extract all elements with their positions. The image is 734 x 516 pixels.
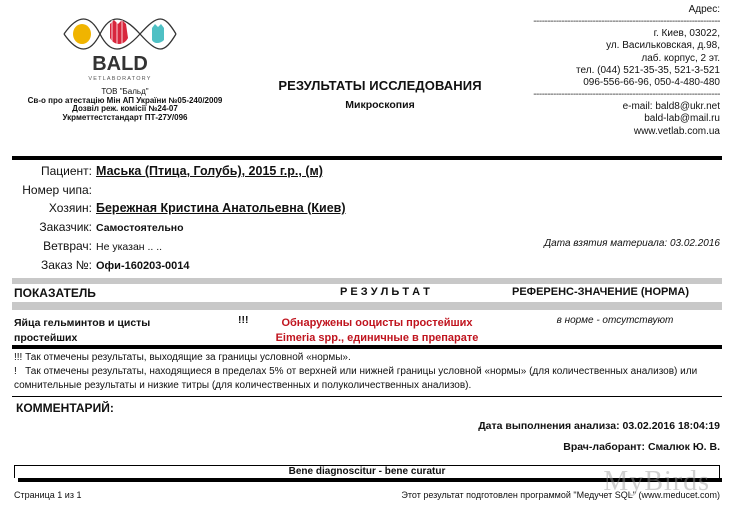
report-title: РЕЗУЛЬТАТЫ ИССЛЕДОВАНИЯ Микроскопия <box>250 78 510 111</box>
table-header-bar-bottom <box>12 302 722 310</box>
address-line: лаб. корпус, 2 эт. <box>520 53 720 65</box>
header-indicator: ПОКАЗАТЕЛЬ <box>14 286 96 300</box>
phone-line: тел. (044) 521-35-35, 521-3-521 <box>520 65 720 77</box>
lab-standard: Укрметтестстандарт ПТ-27У/096 <box>0 114 250 123</box>
patient-field: Пациент: Маська (Птица, Голубь), 2015 г.… <box>96 164 323 178</box>
phone-line: 096-556-66-96, 050-4-480-480 <box>520 77 720 89</box>
lab-info: ТОВ "Бальд" Св-о про атестацію Мін АП Ук… <box>0 88 250 122</box>
email-line: bald-lab@mail.ru <box>520 113 720 125</box>
date-taken: Дата взятия материала: 03.02.2016 <box>544 238 720 249</box>
page-number: Страница 1 из 1 <box>14 490 81 500</box>
svg-text:VETLABORATORY: VETLABORATORY <box>88 76 151 82</box>
legend-notes: !!! Так отмечены результаты, выходящие з… <box>14 351 720 393</box>
comment-divider <box>12 396 722 397</box>
owner-value: Бережная Кристина Анатольевна (Киев) <box>96 201 346 215</box>
table-bottom-divider <box>12 345 722 349</box>
header-divider <box>12 156 722 160</box>
table-row-reference: в норме - отсутствуют <box>520 315 710 326</box>
table-row-flag: !!! <box>238 314 249 326</box>
table-header-bar-top <box>12 278 722 284</box>
website-line: www.vetlab.com.ua <box>520 126 720 138</box>
order-value: Офи-160203-0014 <box>96 260 189 272</box>
email-line: e-mail: bald8@ukr.net <box>520 101 720 113</box>
address-label: Адрес: <box>520 4 720 16</box>
address-block: Адрес: ---------------------------------… <box>520 4 720 138</box>
divider: ----------------------------------------… <box>520 16 720 28</box>
order-field: Заказ №: Офи-160203-0014 <box>96 258 189 272</box>
owner-field: Хозяин: Бережная Кристина Анатольевна (К… <box>96 201 346 215</box>
vet-field: Ветврач: Не указан .. .. <box>96 239 162 253</box>
customer-field: Заказчик: Самостоятельно <box>96 220 184 234</box>
lab-doctor: Врач-лаборант: Смалюк Ю. В. <box>563 441 720 453</box>
analysis-date: Дата выполнения анализа: 03.02.2016 18:0… <box>478 420 720 432</box>
address-line: г. Киев, 03022, <box>520 28 720 40</box>
svg-text:BALD: BALD <box>92 53 148 75</box>
table-row-result: Обнаружены ооцисты простейших Eimeria sp… <box>262 316 492 346</box>
table-row-indicator: Яйца гельминтов и цисты простейших <box>14 316 150 346</box>
bald-logo: BALD VETLABORATORY <box>60 12 180 82</box>
note-critical: !!! Так отмечены результаты, выходящие з… <box>14 351 720 365</box>
divider: ----------------------------------------… <box>520 89 720 101</box>
patient-value: Маська (Птица, Голубь), 2015 г.р., (м) <box>96 164 323 178</box>
customer-value: Самостоятельно <box>96 222 184 234</box>
address-line: ул. Васильковская, д.98, <box>520 40 720 52</box>
header-reference: РЕФЕРЕНС-ЗНАЧЕНИЕ (НОРМА) <box>512 286 689 298</box>
header-result: Р Е З У Л Ь Т А Т <box>340 286 430 298</box>
report-title-main: РЕЗУЛЬТАТЫ ИССЛЕДОВАНИЯ <box>250 78 510 93</box>
vet-value: Не указан .. .. <box>96 241 162 253</box>
watermark: MyBirds <box>603 466 710 498</box>
report-title-sub: Микроскопия <box>250 99 510 111</box>
comment-label: КОММЕНТАРИЙ: <box>16 401 114 415</box>
note-borderline: ! Так отмечены результаты, находящиеся в… <box>14 365 720 393</box>
